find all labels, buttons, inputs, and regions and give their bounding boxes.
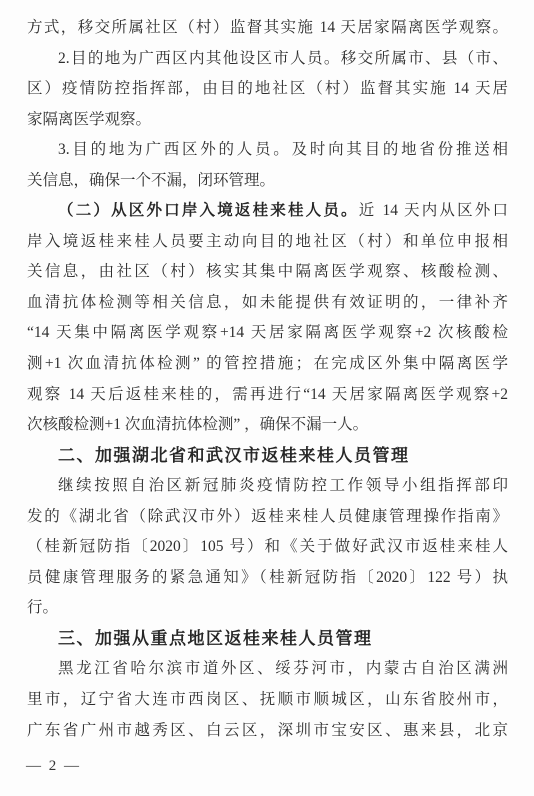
text-run: 员健康管理服务的紧急通知》（桂新冠防指〔2020〕122 号）执 (27, 569, 508, 586)
text-run: 家隔离医学观察。 (27, 111, 151, 128)
text-line: 观察 14 天后返桂来桂的，需再进行“14 天居家隔离医学观察+2 (27, 380, 508, 411)
text-run: 2.目的地为广西区内其他设区市人员。移交所属市、县（市、 (58, 50, 508, 67)
text-run: 广东省广州市越秀区、白云区，深圳市宝安区、惠来县，北京 (27, 722, 508, 739)
text-line: （二）从区外口岸入境返桂来桂人员。近 14 天内从区外口 (27, 196, 508, 227)
text-line: 方式，移交所属社区（村）监督其实施 14 天居家隔离医学观察。 (27, 13, 508, 44)
text-line: 次核酸检测+1 次血清抗体检测” ，确保不漏一人。 (27, 410, 508, 441)
text-line: 关信息，确保一个不漏，闭环管理。 (27, 166, 508, 197)
text-line: 岸入境返桂来桂人员要主动向目的地社区（村）和单位申报相 (27, 227, 508, 258)
document-page: 方式，移交所属社区（村）监督其实施 14 天居家隔离医学观察。2.目的地为广西区… (0, 0, 534, 796)
text-line: 关信息，由社区（村）核实其集中隔离医学观察、核酸检测、 (27, 257, 508, 288)
text-run: 近 14 天内从区外口 (359, 202, 508, 219)
text-run: “14 天集中隔离医学观察+14 天居家隔离医学观察+2 次核酸检 (27, 324, 508, 341)
text-run: 岸入境返桂来桂人员要主动向目的地社区（村）和单位申报相 (27, 233, 508, 250)
text-line: 广东省广州市越秀区、白云区，深圳市宝安区、惠来县，北京 (27, 716, 508, 747)
text-line: 继续按照自治区新冠肺炎疫情防控工作领导小组指挥部印 (27, 471, 508, 502)
text-line: 行。 (27, 593, 508, 624)
text-run: 区）疫情防控指挥部，由目的地社区（村）监督其实施 14 天居 (27, 80, 508, 97)
text-line: “14 天集中隔离医学观察+14 天居家隔离医学观察+2 次核酸检 (27, 318, 508, 349)
text-line: 家隔离医学观察。 (27, 105, 508, 136)
text-run: 关信息，由社区（村）核实其集中隔离医学观察、核酸检测、 (27, 263, 508, 280)
text-line: 黑龙江省哈尔滨市道外区、绥芬河市，内蒙古自治区满洲 (27, 654, 508, 685)
text-run: 血清抗体检测等相关信息，如未能提供有效证明的，一律补齐 (27, 294, 508, 311)
text-run: 关信息，确保一个不漏，闭环管理。 (27, 172, 275, 189)
text-run: 发的《湖北省（除武汉市外）返桂来桂人员健康管理操作指南》 (27, 508, 508, 525)
text-run: 三、加强从重点地区返桂来桂人员管理 (58, 629, 373, 648)
text-line: 3.目的地为广西区外的人员。及时向其目的地省份推送相 (27, 135, 508, 166)
text-run: 次核酸检测+1 次血清抗体检测” ，确保不漏一人。 (27, 416, 368, 433)
text-line: 员健康管理服务的紧急通知》（桂新冠防指〔2020〕122 号）执 (27, 563, 508, 594)
text-run: 方式，移交所属社区（村）监督其实施 14 天居家隔离医学观察。 (27, 19, 508, 36)
text-run: （桂新冠防指〔2020〕105 号）和《关于做好武汉市返桂来桂人 (27, 538, 508, 555)
text-line: 2.目的地为广西区内其他设区市人员。移交所属市、县（市、 (27, 44, 508, 75)
text-line: 测+1 次血清抗体检测” 的管控措施；在完成区外集中隔离医学 (27, 349, 508, 380)
text-run: 观察 14 天后返桂来桂的，需再进行“14 天居家隔离医学观察+2 (27, 386, 508, 403)
section-heading: 二、加强湖北省和武汉市返桂来桂人员管理 (27, 441, 508, 472)
text-line: 区）疫情防控指挥部，由目的地社区（村）监督其实施 14 天居 (27, 74, 508, 105)
document-body: 方式，移交所属社区（村）监督其实施 14 天居家隔离医学观察。2.目的地为广西区… (27, 13, 508, 746)
text-run: 里市，辽宁省大连市西岗区、抚顺市顺城区，山东省胶州市， (27, 691, 508, 708)
text-line: 血清抗体检测等相关信息，如未能提供有效证明的，一律补齐 (27, 288, 508, 319)
text-run: 二、加强湖北省和武汉市返桂来桂人员管理 (58, 446, 410, 465)
text-run: 黑龙江省哈尔滨市道外区、绥芬河市，内蒙古自治区满洲 (58, 660, 508, 677)
text-run: 继续按照自治区新冠肺炎疫情防控工作领导小组指挥部印 (58, 477, 508, 494)
page-number: — 2 — (26, 755, 81, 777)
text-line: 里市，辽宁省大连市西岗区、抚顺市顺城区，山东省胶州市， (27, 685, 508, 716)
text-run: 3.目的地为广西区外的人员。及时向其目的地省份推送相 (58, 141, 508, 158)
text-run: 测+1 次血清抗体检测” 的管控措施；在完成区外集中隔离医学 (27, 355, 508, 372)
text-run: 行。 (27, 599, 58, 616)
section-heading: 三、加强从重点地区返桂来桂人员管理 (27, 624, 508, 655)
text-run: （二）从区外口岸入境返桂来桂人员。 (58, 202, 359, 219)
text-line: 发的《湖北省（除武汉市外）返桂来桂人员健康管理操作指南》 (27, 502, 508, 533)
text-line: （桂新冠防指〔2020〕105 号）和《关于做好武汉市返桂来桂人 (27, 532, 508, 563)
